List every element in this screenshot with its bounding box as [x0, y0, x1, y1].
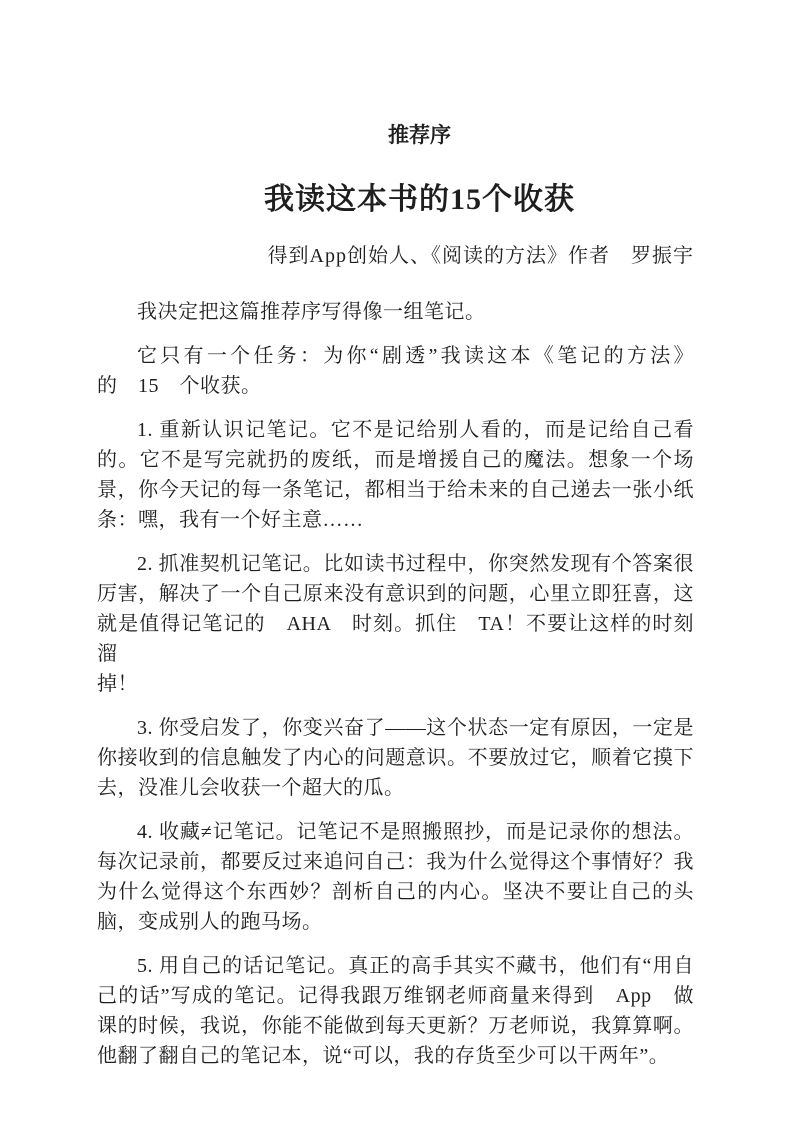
body-text: 我决定把这篇推荐序写得像一组笔记。它只有一个任务：为你“剧透”我读这本《笔记的方… [97, 297, 694, 1071]
paragraph: 2. 抓准契机记笔记。比如读书过程中，你突然发现有个答案很厉害，解决了一个自己原… [97, 549, 694, 699]
page-title: 我读这本书的15个收获 [97, 184, 694, 216]
byline: 得到App创始人、《阅读的方法》作者 罗振宇 [97, 246, 694, 267]
text-line: 己的话”写成的笔记。记得我跟万维钢老师商量来得到 App 做 [97, 981, 694, 1011]
section-kicker: 推荐序 [97, 124, 694, 146]
text-line: 就是值得记笔记的 AHA 时刻。抓住 TA！不要让这样的时刻溜 [97, 609, 694, 669]
text-line: 你接收到的信息触发了内心的问题意识。不要放过它，顺着它摸下 [97, 743, 694, 773]
text-line: 课的时候，我说，你能不能做到每天更新？万老师说，我算算啊。 [97, 1011, 694, 1041]
text-line: 景，你今天记的每一条笔记，都相当于给未来的自己递去一张小纸 [97, 475, 694, 505]
text-line: 他翻了翻自己的笔记本，说“可以，我的存货至少可以干两年”。 [97, 1041, 694, 1071]
text-line: 厉害，解决了一个自己原来没有意识到的问题，心里立即狂喜，这 [97, 579, 694, 609]
document-page: 推荐序 我读这本书的15个收获 得到App创始人、《阅读的方法》作者 罗振宇 我… [0, 0, 793, 1122]
paragraph: 3. 你受启发了，你变兴奋了——这个状态一定有原因，一定是你接收到的信息触发了内… [97, 713, 694, 803]
text-line: 3. 你受启发了，你变兴奋了——这个状态一定有原因，一定是 [97, 713, 694, 743]
text-line: 为什么觉得这个东西妙？剖析自己的内心。坚决不要让自己的头 [97, 877, 694, 907]
text-line: 它只有一个任务：为你“剧透”我读这本《笔记的方法》 [97, 341, 694, 371]
text-line: 的。它不是写完就扔的废纸，而是增援自己的魔法。想象一个场 [97, 445, 694, 475]
text-line: 2. 抓准契机记笔记。比如读书过程中，你突然发现有个答案很 [97, 549, 694, 579]
text-line: 的 15 个收获。 [97, 371, 694, 401]
text-line: 5. 用自己的话记笔记。真正的高手其实不藏书，他们有“用自 [97, 951, 694, 981]
paragraph: 1. 重新认识记笔记。它不是记给别人看的，而是记给自己看的。它不是写完就扔的废纸… [97, 415, 694, 535]
text-line: 4. 收藏≠记笔记。记笔记不是照搬照抄，而是记录你的想法。 [97, 817, 694, 847]
text-line: 1. 重新认识记笔记。它不是记给别人看的，而是记给自己看 [97, 415, 694, 445]
text-line: 脑，变成别人的跑马场。 [97, 907, 694, 937]
text-line: 条：嘿，我有一个好主意…… [97, 505, 694, 535]
paragraph: 5. 用自己的话记笔记。真正的高手其实不藏书，他们有“用自己的话”写成的笔记。记… [97, 951, 694, 1071]
paragraph: 4. 收藏≠记笔记。记笔记不是照搬照抄，而是记录你的想法。每次记录前，都要反过来… [97, 817, 694, 937]
paragraph: 它只有一个任务：为你“剧透”我读这本《笔记的方法》的 15 个收获。 [97, 341, 694, 401]
text-line: 每次记录前，都要反过来追问自己：我为什么觉得这个事情好？我 [97, 847, 694, 877]
paragraph: 我决定把这篇推荐序写得像一组笔记。 [97, 297, 694, 327]
text-line: 去，没准儿会收获一个超大的瓜。 [97, 773, 694, 803]
text-line: 我决定把这篇推荐序写得像一组笔记。 [97, 297, 694, 327]
text-line: 掉！ [97, 669, 694, 699]
